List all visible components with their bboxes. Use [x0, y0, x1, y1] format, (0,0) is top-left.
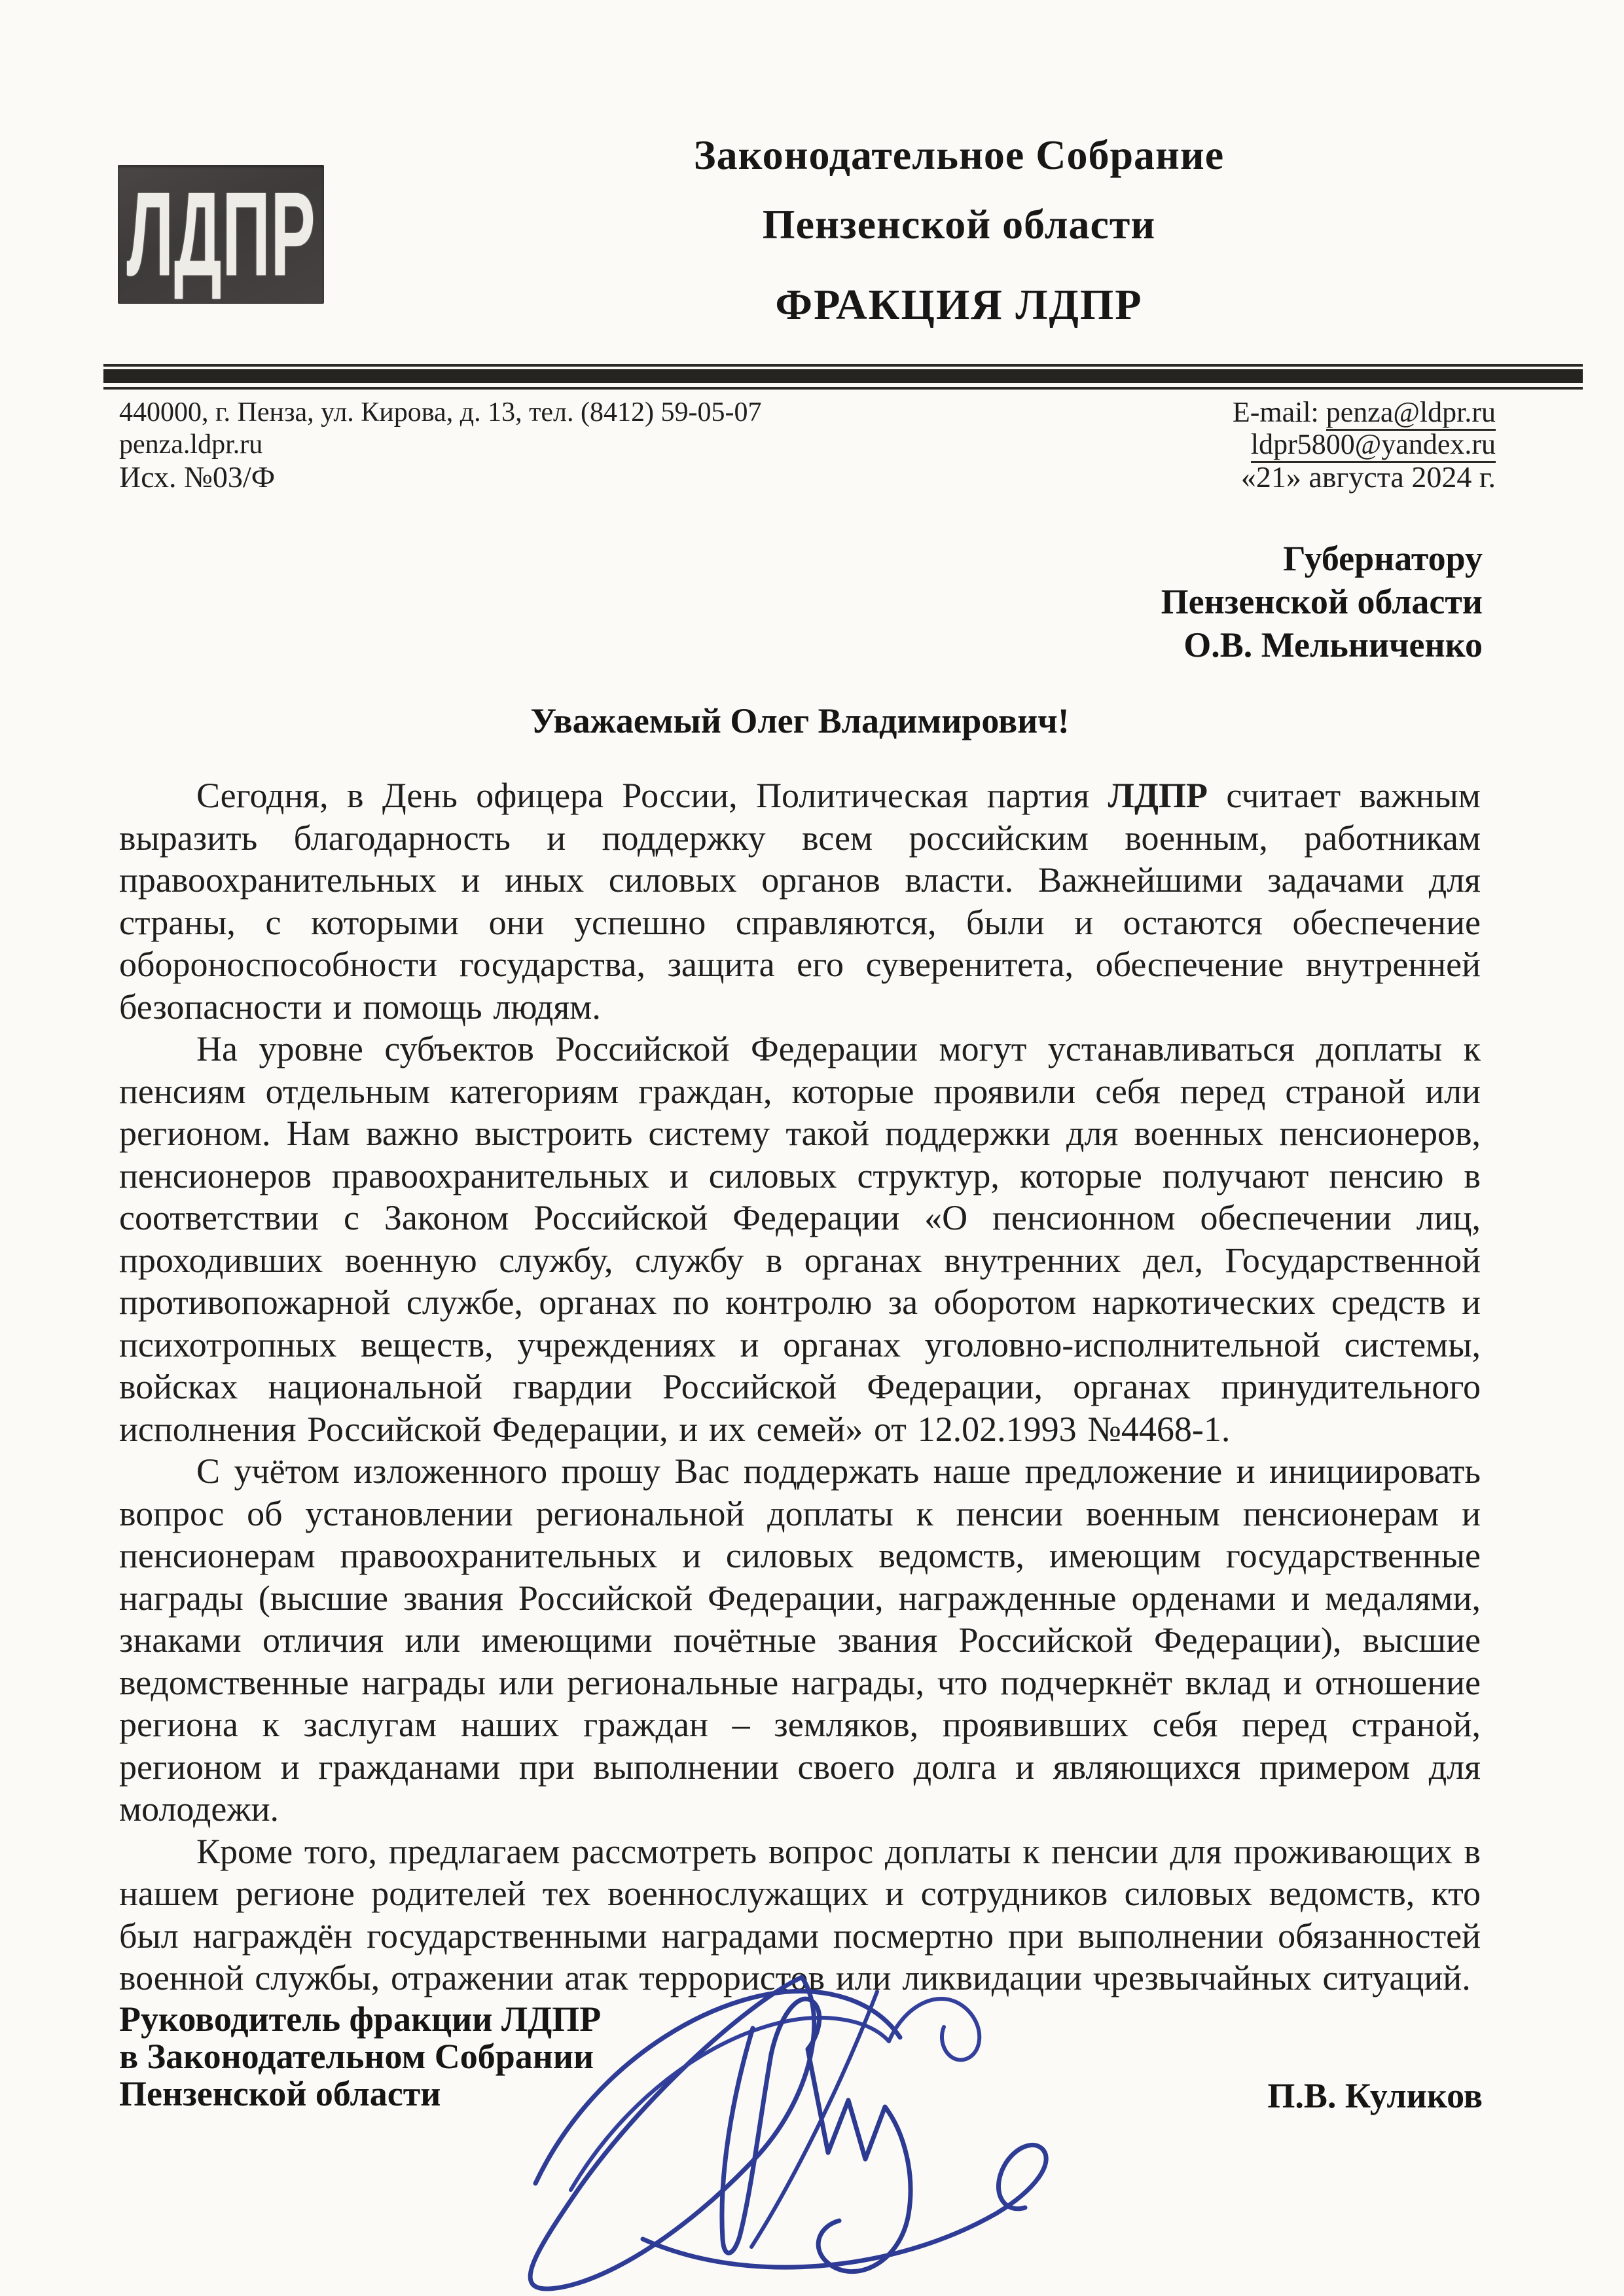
ldpr-logo: ЛДПР — [118, 165, 324, 304]
email-address-1: penza@ldpr.ru — [1326, 396, 1496, 431]
body-paragraph-3: С учётом изложенного прошу Вас поддержат… — [119, 1450, 1481, 1831]
body-paragraph-1: Сегодня, в День офицера России, Политиче… — [119, 774, 1481, 1028]
handwritten-signature — [471, 1964, 1146, 2295]
header-rule-thin-top — [103, 364, 1583, 367]
email-address-2: ldpr5800@yandex.ru — [1251, 428, 1496, 463]
org-name-line1: Законодательное Собрание — [353, 131, 1564, 179]
contact-email-row: E-mail: penza@ldpr.ru — [1233, 395, 1496, 429]
header-rule-thin-bottom — [103, 387, 1583, 390]
body-paragraph-2: На уровне субъектов Российской Федерации… — [119, 1028, 1481, 1450]
email-label: E-mail: — [1233, 396, 1326, 428]
contact-website: penza.ldpr.ru — [119, 429, 262, 460]
fraction-title: ФРАКЦИЯ ЛДПР — [353, 280, 1564, 330]
addressee-title: Губернатору — [1161, 537, 1483, 580]
scanned-letter: { "colors": { "paper": "#fbfaf6", "ink":… — [0, 0, 1624, 2296]
letter-date: «21» августа 2024 г. — [1241, 460, 1496, 494]
addressee-name: О.В. Мельниченко — [1161, 623, 1483, 666]
org-name-line2: Пензенской области — [353, 200, 1564, 249]
p1-party-name-bold: ЛДПР — [1108, 776, 1208, 815]
signatory-name: П.В. Куликов — [1267, 2075, 1483, 2116]
letter-body: Сегодня, в День офицера России, Политиче… — [119, 774, 1481, 1999]
ldpr-logo-text: ЛДПР — [126, 166, 316, 303]
outgoing-number: Исх. №03/Ф — [119, 460, 275, 494]
salutation: Уважаемый Олег Владимирович! — [119, 701, 1481, 741]
contact-address: 440000, г. Пенза, ул. Кирова, д. 13, тел… — [119, 397, 761, 428]
addressee-block: Губернатору Пензенской области О.В. Мель… — [1161, 537, 1483, 666]
header-rule-thick — [103, 369, 1583, 383]
p1-text-before: Сегодня, в День офицера России, Политиче… — [196, 776, 1108, 815]
addressee-region: Пензенской области — [1161, 580, 1483, 623]
contact-email-row-2: ldpr5800@yandex.ru — [1251, 428, 1496, 461]
